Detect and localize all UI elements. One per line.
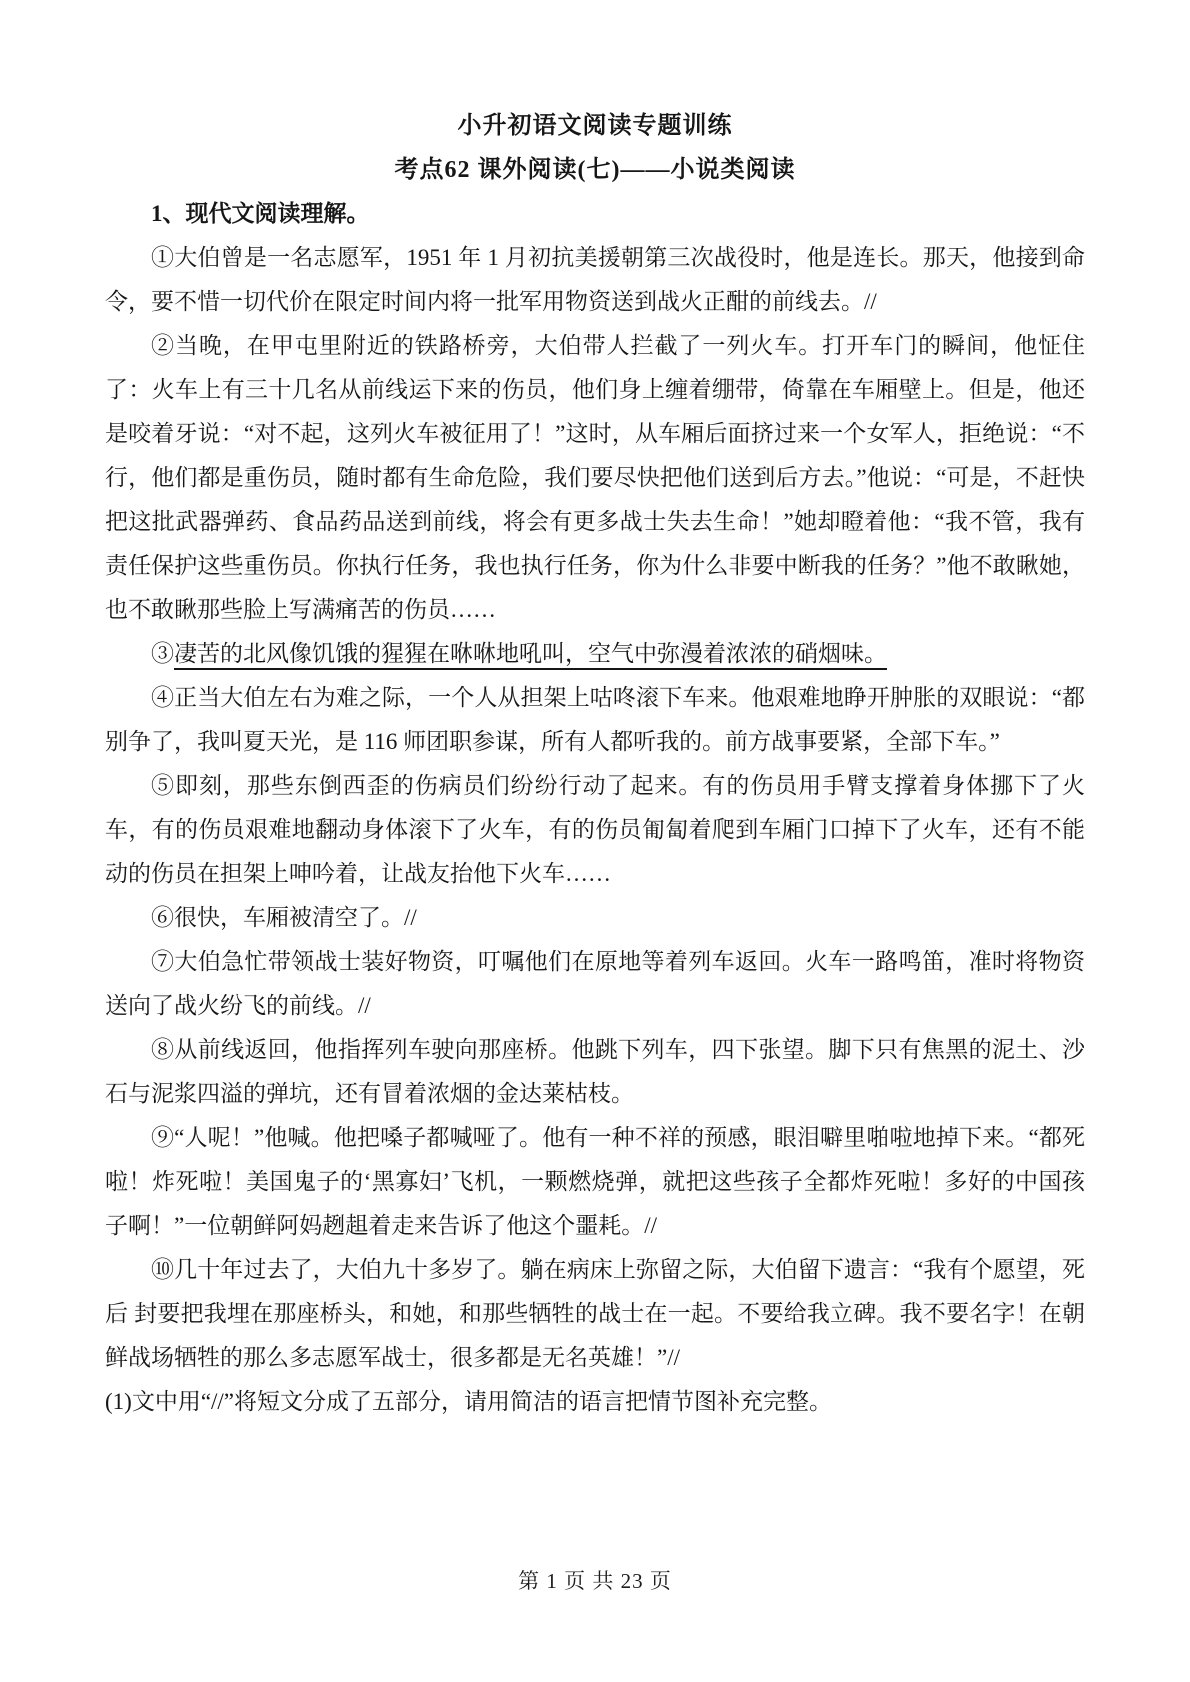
story-paragraph-8: ⑧从前线返回，他指挥列车驶向那座桥。他跳下列车，四下张望。脚下只有焦黑的泥土、沙… xyxy=(105,1028,1085,1116)
page-subtitle: 考点62 课外阅读(七)——小说类阅读 xyxy=(105,148,1085,192)
paragraph-text: 当晚，在甲屯里附近的铁路桥旁，大伯带人拦截了一列火车。打开车门的瞬间，他怔住了：… xyxy=(105,333,1085,622)
paragraph-text: 即刻，那些东倒西歪的伤病员们纷纷行动了起来。有的伤员用手臂支撑着身体挪下了火车，… xyxy=(105,773,1085,886)
paragraph-text: “人呢！”他喊。他把嗓子都喊哑了。他有一种不祥的预感，眼泪噼里啪啦地掉下来。“都… xyxy=(105,1125,1085,1238)
paragraph-marker: ① xyxy=(151,245,174,270)
story-paragraph-6: ⑥很快，车厢被清空了。// xyxy=(105,896,1085,940)
story-paragraph-10: ⑩几十年过去了，大伯九十多岁了。躺在病床上弥留之际，大伯留下遗言：“我有个愿望，… xyxy=(105,1248,1085,1380)
paragraph-text: 从前线返回，他指挥列车驶向那座桥。他跳下列车，四下张望。脚下只有焦黑的泥土、沙石… xyxy=(105,1037,1085,1106)
paragraph-marker: ⑧ xyxy=(151,1037,174,1062)
paragraph-text: 大伯急忙带领战士装好物资，叮嘱他们在原地等着列车返回。火车一路鸣笛，准时将物资送… xyxy=(105,949,1085,1018)
story-paragraph-7: ⑦大伯急忙带领战士装好物资，叮嘱他们在原地等着列车返回。火车一路鸣笛，准时将物资… xyxy=(105,940,1085,1028)
story-paragraph-5: ⑤即刻，那些东倒西歪的伤病员们纷纷行动了起来。有的伤员用手臂支撑着身体挪下了火车… xyxy=(105,764,1085,896)
document-page: 小升初语文阅读专题训练 考点62 课外阅读(七)——小说类阅读 1、现代文阅读理… xyxy=(0,0,1190,1682)
underlined-paragraph-text: 凄苦的北风像饥饿的猩猩在咻咻地吼叫，空气中弥漫着浓浓的硝烟味。 xyxy=(174,641,887,666)
paragraph-marker: ⑤ xyxy=(151,773,175,798)
paragraph-text: 几十年过去了，大伯九十多岁了。躺在病床上弥留之际，大伯留下遗言：“我有个愿望，死… xyxy=(105,1257,1085,1370)
paragraph-marker: ③ xyxy=(151,641,174,666)
paragraph-marker: ⑦ xyxy=(151,949,174,974)
page-title: 小升初语文阅读专题训练 xyxy=(105,104,1085,148)
paragraph-marker: ④ xyxy=(151,685,174,710)
story-paragraph-1: ①大伯曾是一名志愿军，1951 年 1 月初抗美援朝第三次战役时，他是连长。那天… xyxy=(105,236,1085,324)
story-paragraph-2: ②当晚，在甲屯里附近的铁路桥旁，大伯带人拦截了一列火车。打开车门的瞬间，他怔住了… xyxy=(105,324,1085,632)
story-paragraph-4: ④正当大伯左右为难之际，一个人从担架上咕咚滚下车来。他艰难地睁开肿胀的双眼说：“… xyxy=(105,676,1085,764)
section-heading: 1、现代文阅读理解。 xyxy=(105,192,1085,236)
paragraph-text: 大伯曾是一名志愿军，1951 年 1 月初抗美援朝第三次战役时，他是连长。那天，… xyxy=(105,245,1085,314)
paragraph-marker: ⑩ xyxy=(151,1257,174,1282)
page-number-footer: 第 1 页 共 23 页 xyxy=(0,1568,1190,1594)
question-1: (1)文中用“//”将短文分成了五部分，请用简洁的语言把情节图补充完整。 xyxy=(105,1380,1085,1424)
paragraph-marker: ② xyxy=(151,333,175,358)
story-paragraph-9: ⑨“人呢！”他喊。他把嗓子都喊哑了。他有一种不祥的预感，眼泪噼里啪啦地掉下来。“… xyxy=(105,1116,1085,1248)
paragraph-text: 正当大伯左右为难之际，一个人从担架上咕咚滚下车来。他艰难地睁开肿胀的双眼说：“都… xyxy=(105,685,1085,754)
paragraph-text: 很快，车厢被清空了。// xyxy=(174,905,417,930)
paragraph-marker: ⑥ xyxy=(151,905,174,930)
story-paragraph-3: ③凄苦的北风像饥饿的猩猩在咻咻地吼叫，空气中弥漫着浓浓的硝烟味。 xyxy=(105,632,1085,676)
paragraph-marker: ⑨ xyxy=(151,1125,174,1150)
